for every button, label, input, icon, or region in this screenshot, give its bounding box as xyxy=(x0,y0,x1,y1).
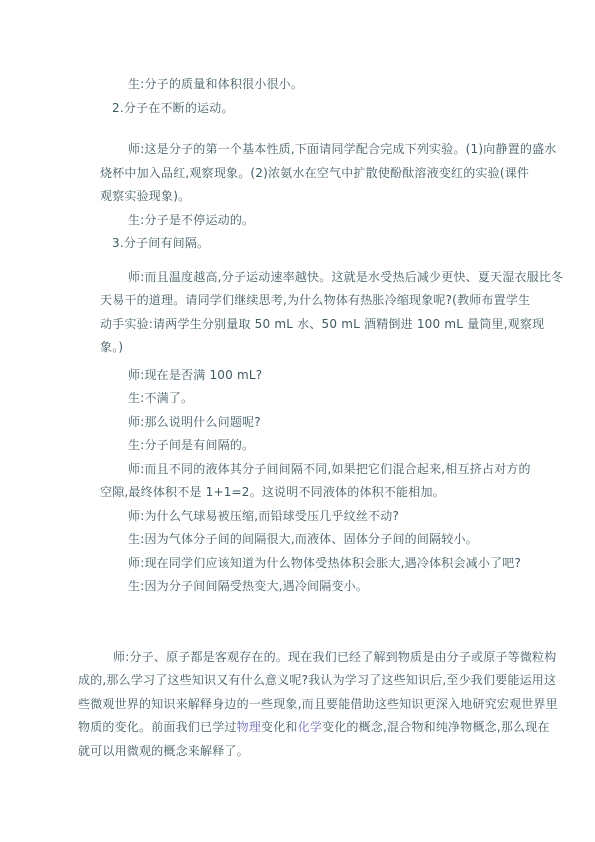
dialog-line-student: 生:分子的质量和体积很小很小。 xyxy=(100,73,535,97)
paragraph-line: 空隙,最终体积不是 1+1=2。这说明不同液体的体积不能相加。 xyxy=(100,481,535,505)
paragraph-line: 物质的变化。前面我们已学过物理变化和化学变化的概念,混合物和纯净物概念,那么现在 xyxy=(78,716,537,740)
section-molecule-properties: 生:分子的质量和体积很小很小。 2.分子在不断的运动。 师:这是分子的第一个基本… xyxy=(0,0,595,256)
dialog-line-teacher: 师:这是分子的第一个基本性质,下面请同学配合完成下列实验。(1)向静置的盛水 xyxy=(100,138,535,162)
dialog-line-teacher: 师:而且温度越高,分子运动速率越快。这就是水受热后减少更快、夏天湿衣服比冬 xyxy=(100,266,535,290)
dialog-line-student: 生:不满了。 xyxy=(100,387,535,411)
dialog-line-teacher: 师:那么说明什么问题呢? xyxy=(100,411,535,435)
dialog-line-student: 生:分子是不停运动的。 xyxy=(100,209,535,233)
paragraph-line: 些微观世界的知识来解释身边的一些现象,而且要能借助这些知识更深入地研究宏观世界里 xyxy=(78,693,537,717)
paragraph-line: 就可以用微观的概念来解释了。 xyxy=(78,740,537,764)
dialog-line-teacher: 师:分子、原子都是客观存在的。现在我们已经了解到物质是由分子或原子等微粒构 xyxy=(78,646,537,670)
dialog-line-student: 生:因为分子间间隔受热变大,遇冷间隔变小。 xyxy=(100,575,535,599)
paragraph-line: 象。) xyxy=(100,336,535,360)
paragraph-line: 烧杯中加入品红,观察现象。(2)浓氨水在空气中扩散使酚酞溶液变红的实验(课件 xyxy=(100,162,535,186)
paragraph-line: 观察实验现象)。 xyxy=(100,185,535,209)
section-summary-paragraph: 师:分子、原子都是客观存在的。现在我们已经了解到物质是由分子或原子等微粒构 成的… xyxy=(0,646,595,764)
dialog-line-student: 生:分子间是有间隔的。 xyxy=(100,434,535,458)
paragraph-line: 动手实验:请两学生分别量取 50 mL 水、50 mL 酒精倒进 100 mL … xyxy=(100,313,535,337)
dialog-line-teacher: 师:而且不同的液体其分子间间隔不同,如果把它们混合起来,相互挤占对方的 xyxy=(100,458,535,482)
dialog-line-teacher: 师:为什么气球易被压缩,而铅球受压几乎纹丝不动? xyxy=(100,505,535,529)
dialog-line-teacher: 师:现在同学们应该知道为什么物体受热体积会胀大,遇冷体积会减小了吧? xyxy=(100,552,535,576)
dialog-line-student: 生:因为气体分子间的间隔很大,而液体、固体分子间的间隔较小。 xyxy=(100,528,535,552)
list-item-3: 3.分子间有间隔。 xyxy=(100,232,535,256)
term-link-physics[interactable]: 物理 xyxy=(237,720,261,734)
paragraph-text: 变化和 xyxy=(261,720,298,734)
section-molecule-spacing: 师:而且温度越高,分子运动速率越快。这就是水受热后减少更快、夏天湿衣服比冬 天易… xyxy=(0,266,595,599)
list-item-2: 2.分子在不断的运动。 xyxy=(100,97,535,121)
term-link-chemistry[interactable]: 化学 xyxy=(298,720,322,734)
paragraph-line: 成的,那么学习了这些知识又有什么意义呢?我认为学习了这些知识后,至少我们要能运用… xyxy=(78,669,537,693)
dialog-line-teacher: 师:现在是否满 100 mL? xyxy=(100,364,535,388)
paragraph-text: 物质的变化。前面我们已学过 xyxy=(78,720,237,734)
paragraph-line: 天易干的道理。请同学们继续思考,为什么物体有热胀冷缩现象呢?(教师布置学生 xyxy=(100,289,535,313)
paragraph-text: 变化的概念,混合物和纯净物概念,那么现在 xyxy=(322,720,550,734)
document-page: 生:分子的质量和体积很小很小。 2.分子在不断的运动。 师:这是分子的第一个基本… xyxy=(0,0,595,842)
